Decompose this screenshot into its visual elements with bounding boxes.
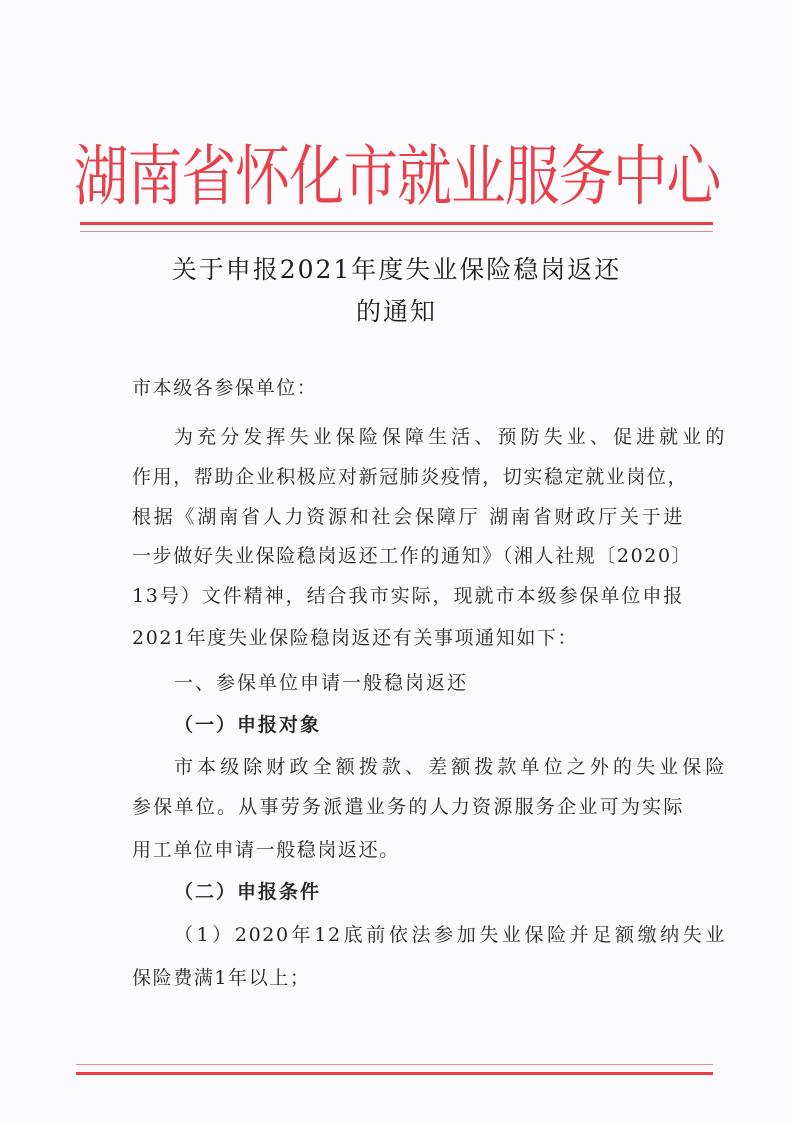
subsection-1-line: 用工单位申请一般稳岗返还。 — [132, 835, 400, 865]
footer-rule-thin — [76, 1064, 713, 1065]
section-1-heading: 一、参保单位申请一般稳岗返还 — [132, 668, 468, 698]
document-title-line1: 关于申报2021年度失业保险稳岗返还 — [0, 249, 793, 291]
subsection-2-line: （1）2020年12底前依法参加失业保险并足额缴纳失业 — [132, 920, 726, 950]
organization-name: 湖南省怀化市就业服务中心 — [73, 145, 720, 211]
subsection-2-line: 保险费满1年以上； — [132, 963, 311, 993]
intro-line: 一步做好失业保险稳岗返还工作的通知》（湘人社规〔2020〕 — [132, 541, 684, 571]
intro-line: 根据《湖南省人力资源和社会保障厅 湖南省财政厅关于进 — [132, 502, 684, 532]
footer-rule-thick — [76, 1072, 713, 1075]
salutation: 市本级各参保单位： — [132, 373, 317, 403]
intro-line: 作用，帮助企业积极应对新冠肺炎疫情，切实稳定就业岗位， — [132, 462, 684, 492]
subsection-2-heading: （二）申报条件 — [132, 877, 321, 907]
subsection-1-heading: （一）申报对象 — [132, 710, 321, 740]
letterhead: 湖南省怀化市就业服务中心 — [80, 140, 713, 216]
document-page: 湖南省怀化市就业服务中心 关于申报2021年度失业保险稳岗返还 的通知 市本级各… — [0, 0, 793, 1122]
subsection-1-line: 参保单位。从事劳务派遣业务的人力资源服务企业可为实际 — [132, 792, 684, 822]
intro-line: 13号）文件精神，结合我市实际，现就市本级参保单位申报 — [132, 581, 684, 611]
document-title-line2: 的通知 — [0, 291, 793, 333]
intro-line: 2021年度失业保险稳岗返还有关事项通知如下： — [132, 623, 578, 653]
header-rule-thin — [80, 231, 713, 232]
intro-line: 为充分发挥失业保险保障生活、预防失业、促进就业的 — [132, 422, 726, 452]
subsection-1-line: 市本级除财政全额拨款、差额拨款单位之外的失业保险 — [132, 752, 726, 782]
header-rule-thick — [80, 222, 713, 225]
